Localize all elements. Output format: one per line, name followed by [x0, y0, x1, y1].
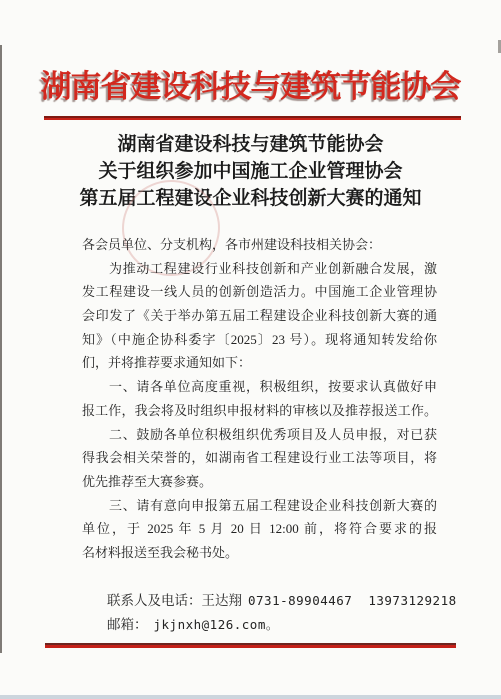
contact-phone-1: 0731-89904467: [248, 593, 352, 608]
notice-title: 湖南省建设科技与建筑节能协会 关于组织参加中国施工企业管理协会 第五届工程建设企…: [0, 131, 501, 212]
body-line: 各会员单位、分支机构，各市州建设科技相关协会：: [82, 233, 437, 257]
letterhead-double-rule: [44, 116, 461, 120]
body-line: 一、请各单位高度重视，积极组织，按要求认真做好申: [82, 375, 437, 399]
body-line: 名材料报送至我会秘书处。: [82, 541, 437, 565]
body-line: 单位，于 2025 年 5 月 20 日 12:00 前，将符合要求的报: [82, 517, 437, 541]
body-line: 优先推荐至大赛参赛。: [82, 470, 437, 494]
contact-phone-2: 13973129218: [368, 593, 456, 608]
notice-title-line-1: 湖南省建设科技与建筑节能协会: [0, 131, 501, 158]
body-line: 为推动工程建设行业科技创新和产业创新融合发展，激: [82, 257, 437, 281]
email-address: jkjnxh@126.com。: [154, 617, 279, 632]
document-page: 湖南省建设科技与建筑节能协会 湖南省建设科技与建筑节能协会 关于组织参加中国施工…: [0, 0, 501, 699]
contact-name: 王达翔: [202, 593, 243, 608]
footer-double-rule: [45, 643, 456, 648]
letterhead-org-title: 湖南省建设科技与建筑节能协会: [0, 62, 501, 112]
body-line: 们，并将推荐要求通知如下：: [82, 351, 437, 375]
scan-edge-bottom: [0, 695, 501, 699]
email-line: 邮箱：jkjnxh@126.com。: [107, 613, 447, 637]
email-label: 邮箱：: [107, 617, 148, 632]
body-line: 得我会相关荣誉的，如湖南省工程建设行业工法等项目，将: [82, 446, 437, 470]
notice-body: 各会员单位、分支机构，各市州建设科技相关协会： 为推动工程建设行业科技创新和产业…: [82, 233, 437, 565]
notice-title-line-2: 关于组织参加中国施工企业管理协会: [0, 158, 501, 185]
contact-line: 联系人及电话：王达翔0731-8990446713973129218: [107, 589, 447, 613]
contact-block: 联系人及电话：王达翔0731-8990446713973129218 邮箱：jk…: [107, 589, 447, 636]
body-line: 会印发了《关于举办第五届工程建设企业科技创新大赛的通: [82, 304, 437, 328]
body-line: 二、鼓励各单位积极组织优秀项目及人员申报，对已获: [82, 423, 437, 447]
body-line: 发工程建设一线人员的创新创造活力。中国施工企业管理协: [82, 280, 437, 304]
contact-label: 联系人及电话：: [107, 593, 202, 608]
body-line: 三、请有意向申报第五届工程建设企业科技创新大赛的: [82, 494, 437, 518]
body-line: 报工作，我会将及时组织申报材料的审核以及推荐报送工作。: [82, 399, 437, 423]
body-line: 知》（中施企协科委字〔2025〕23 号）。现将通知转发给你: [82, 328, 437, 352]
notice-title-line-3: 第五届工程建设企业科技创新大赛的通知: [0, 185, 501, 212]
